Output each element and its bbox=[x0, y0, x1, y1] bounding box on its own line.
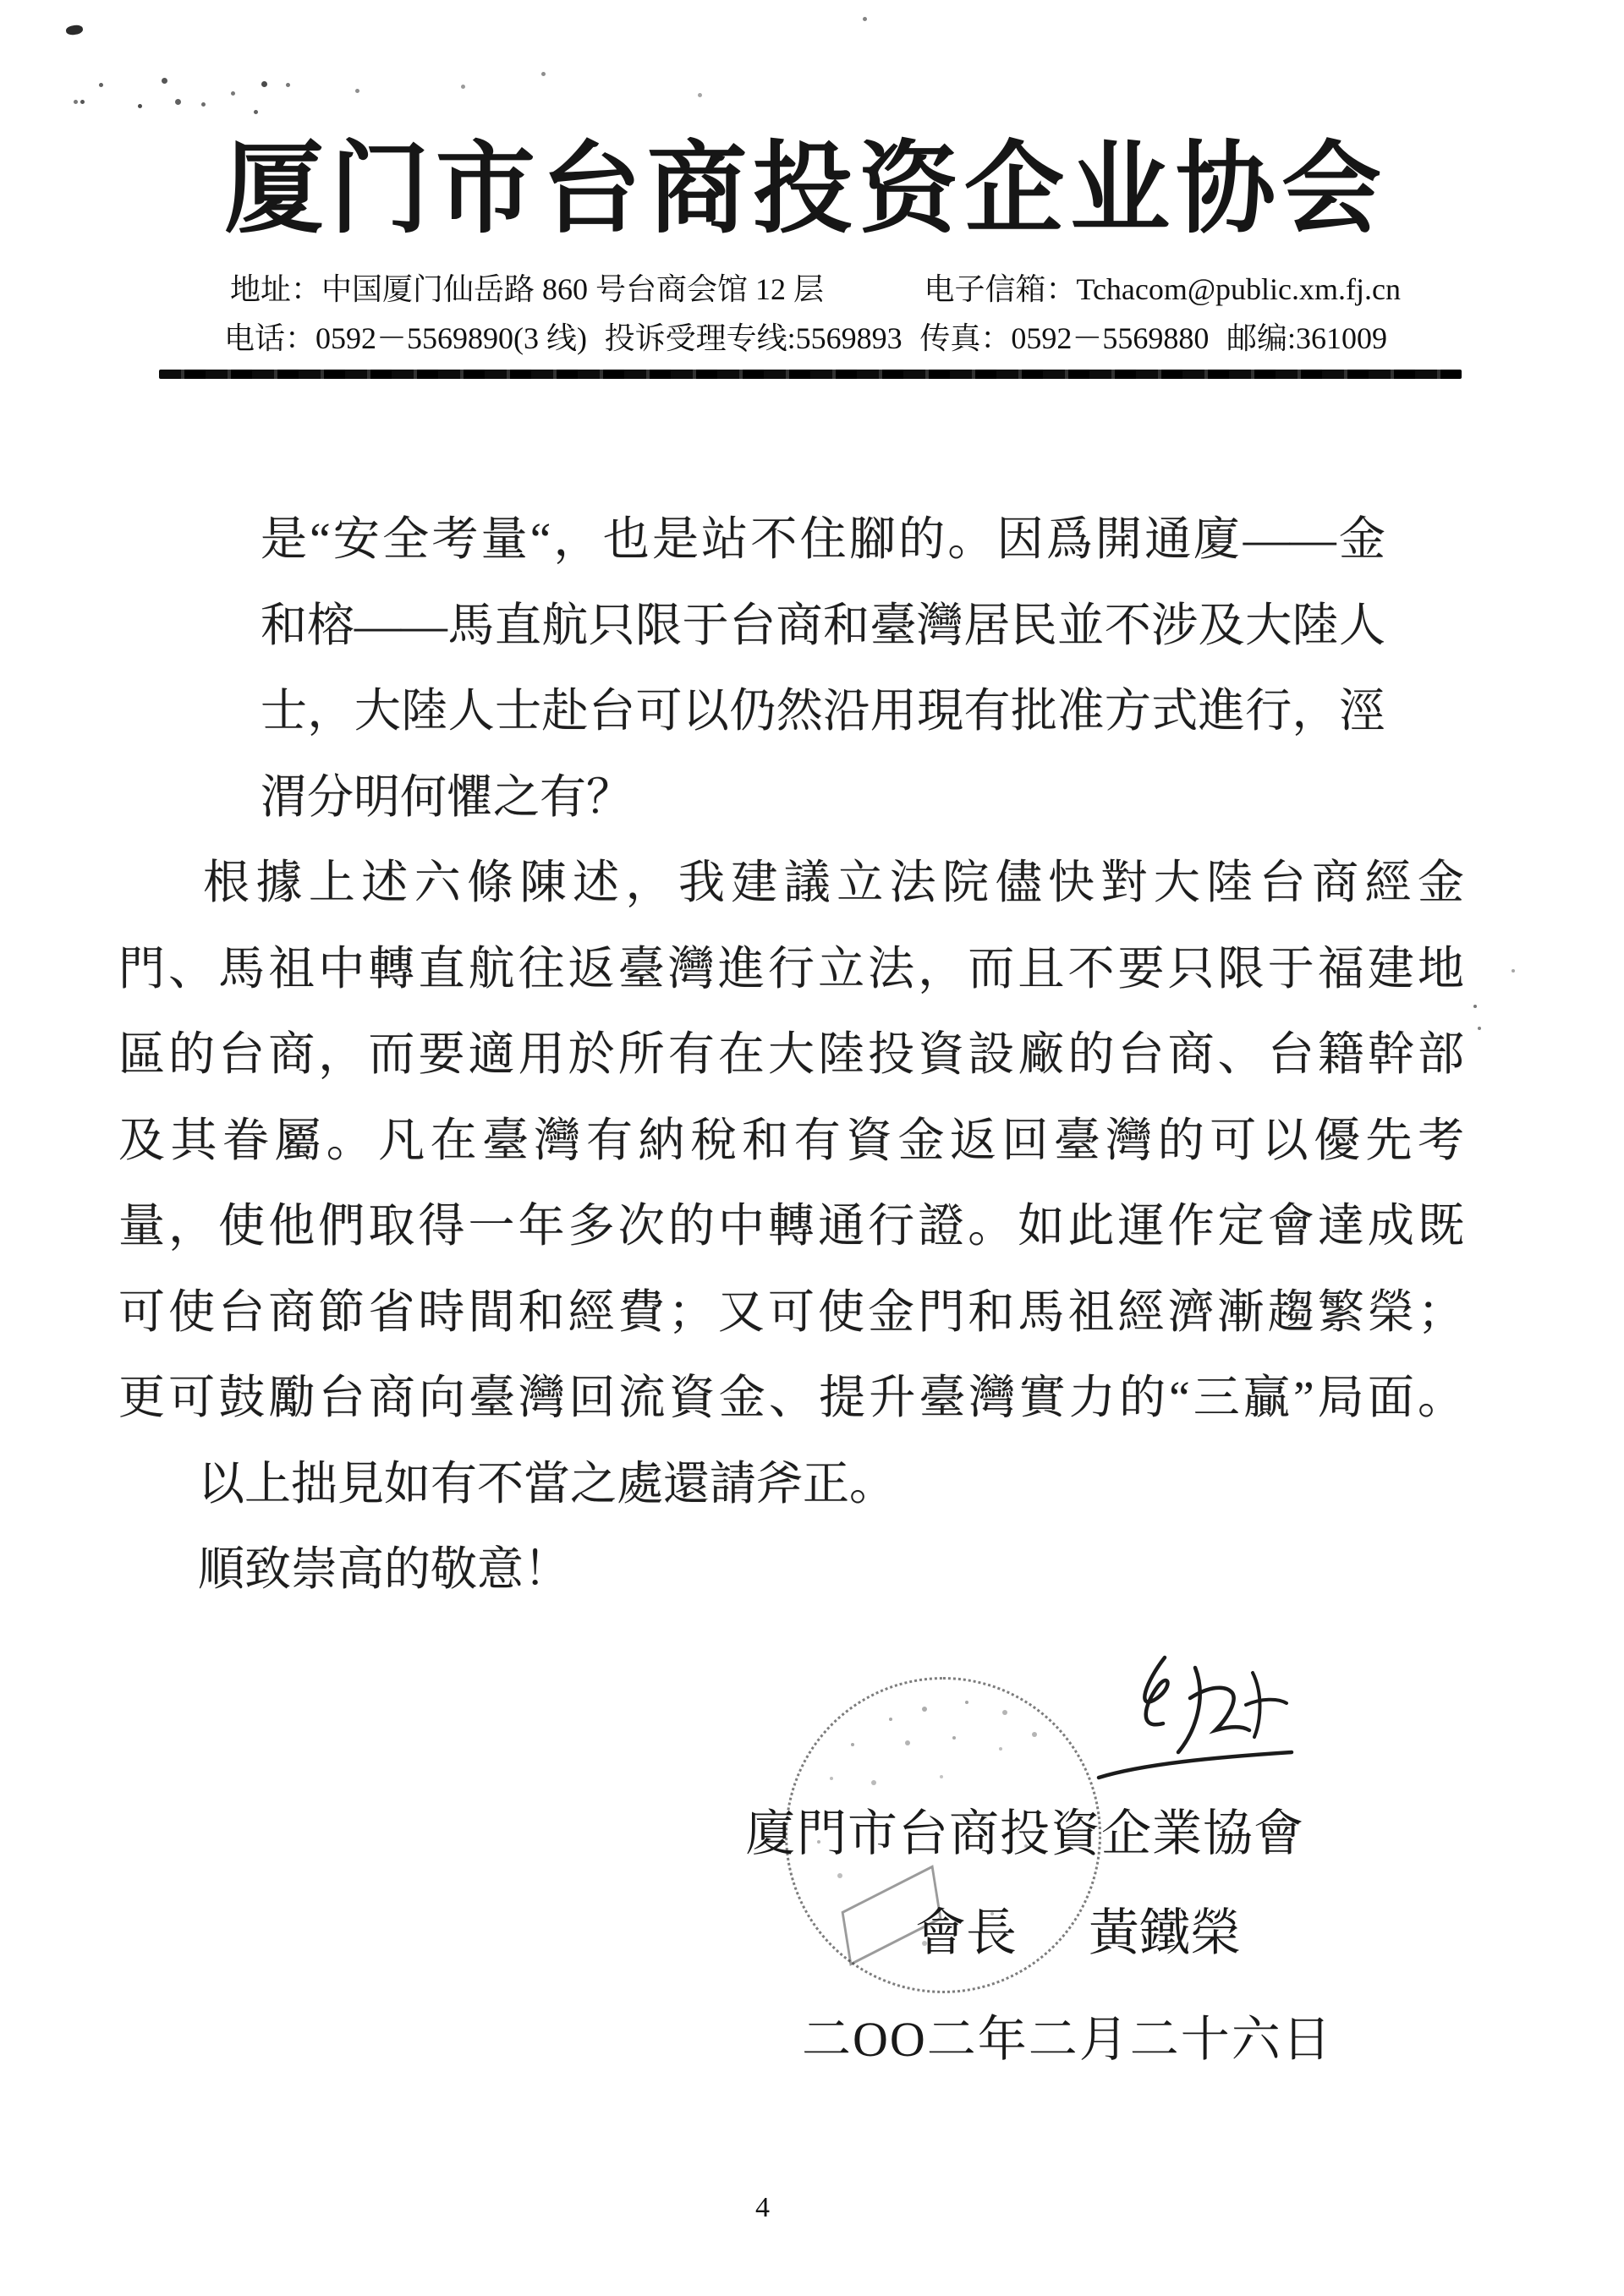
body-line-4: 渭分明何懼之有？ bbox=[261, 754, 1385, 841]
letterhead-fax: 传真：0592－5569880 bbox=[919, 315, 1209, 358]
letterhead-contact-row-1: 地址：中国厦门仙岳路 860 号台商会馆 12 层 电子信箱：Tchacom@p… bbox=[230, 266, 1401, 309]
body-line-3: 士，大陸人士赴台可以仍然沿用現有批准方式進行，涇 bbox=[261, 668, 1385, 754]
letterhead-divider-rule bbox=[159, 370, 1462, 379]
body-line-11: 更可鼓勵台商向臺灣回流資金、提升臺灣實力的“三贏”局面。 bbox=[118, 1355, 1464, 1441]
signature-name: 黃鐵榮 bbox=[1089, 1893, 1241, 1965]
stamp-speckles bbox=[889, 1718, 892, 1721]
letterhead-email: 电子信箱：Tchacom@public.xm.fj.cn bbox=[924, 266, 1401, 309]
body-line-6: 門、馬祖中轉直航往返臺灣進行立法，而且不要只限于福建地 bbox=[118, 926, 1464, 1012]
letterhead-hotline: 投诉受理专线:5569893 bbox=[605, 315, 903, 358]
signature-title: 會長 bbox=[915, 1893, 1017, 1965]
body-line-salute: 順致崇高的敬意！ bbox=[118, 1526, 1464, 1613]
signature-org-name: 廈門市台商投資企業協會 bbox=[746, 1793, 1304, 1865]
body-line-1: 是“安全考量“，也是站不住腳的。因爲開通廈——金 bbox=[261, 496, 1385, 583]
body-line-9: 量，使他們取得一年多次的中轉通行證。如此運作定會達成既 bbox=[118, 1183, 1464, 1269]
letterhead-address: 地址：中国厦门仙岳路 860 号台商会馆 12 层 bbox=[230, 266, 824, 309]
signature-title-name-row: 會長 黃鐵榮 bbox=[915, 1893, 1241, 1965]
letter-body: 是“安全考量“，也是站不住腳的。因爲開通廈——金 和榕——馬直航只限于台商和臺灣… bbox=[118, 496, 1464, 1613]
scan-noise-blob bbox=[65, 25, 83, 36]
letterhead-org-name: 厦门市台商投资企业协会 bbox=[224, 127, 1381, 254]
handwritten-signature bbox=[1087, 1649, 1298, 1793]
letterhead-phone: 电话：0592－5569890(3 线) bbox=[224, 315, 587, 358]
body-line-10: 可使台商節省時間和經費；又可使金門和馬祖經濟漸趨繁榮； bbox=[118, 1269, 1464, 1356]
scan-noise-right-margin bbox=[1473, 1005, 1477, 1008]
body-line-closing: 以上拙見如有不當之處還請斧正。 bbox=[118, 1441, 1464, 1527]
body-line-7: 區的台商，而要適用於所有在大陸投資設廠的台商、台籍幹部 bbox=[118, 1011, 1464, 1098]
letterhead-postal-code: 邮编:361009 bbox=[1226, 315, 1387, 358]
scan-noise-specks bbox=[80, 100, 85, 104]
page-number: 4 bbox=[755, 2192, 770, 2224]
signature-date: 二OO二年二月二十六日 bbox=[802, 1999, 1333, 2070]
letterhead-contact-row-2: 电话：0592－5569890(3 线) 投诉受理专线:5569893 传真：0… bbox=[224, 315, 1387, 358]
scanned-letter-page: 厦门市台商投资企业协会 地址：中国厦门仙岳路 860 号台商会馆 12 层 电子… bbox=[0, 0, 1624, 2296]
body-line-2: 和榕——馬直航只限于台商和臺灣居民並不涉及大陸人 bbox=[261, 583, 1385, 669]
body-line-5: 根據上述六條陳述，我建議立法院儘快對大陸台商經金 bbox=[118, 840, 1464, 926]
body-line-8: 及其眷屬。凡在臺灣有納稅和有資金返回臺灣的可以優先考 bbox=[118, 1098, 1464, 1184]
